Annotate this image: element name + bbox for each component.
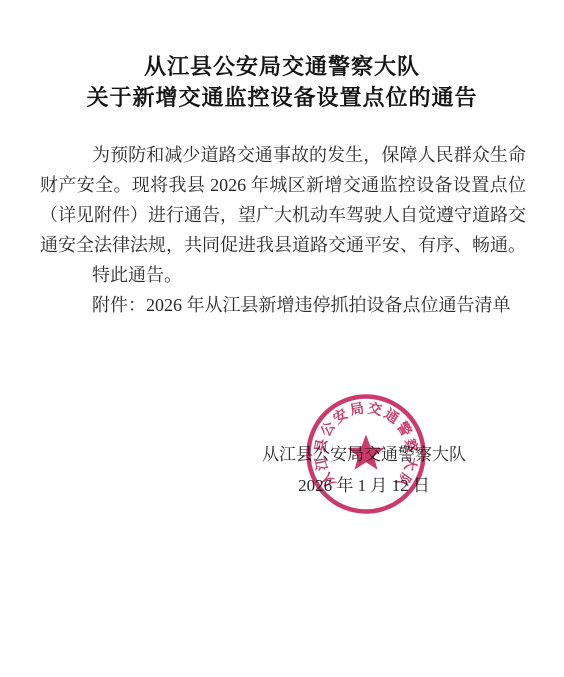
attachment-line: 附件：2026 年从江县新增违停抓拍设备点位通告清单 <box>40 290 526 320</box>
signature-org: 从江县公安局交通警察大队 <box>262 439 466 470</box>
signature-block: 从江县公安局交通警察大队 2026 年 1 月 12 日 <box>262 439 466 501</box>
document-body: 为预防和减少道路交通事故的发生，保障人民群众生命财产安全。现将我县 2026 年… <box>40 140 526 320</box>
svg-text:警: 警 <box>393 419 415 440</box>
body-paragraph: 为预防和减少道路交通事故的发生，保障人民群众生命财产安全。现将我县 2026 年… <box>40 140 526 260</box>
svg-text:安: 安 <box>330 405 351 427</box>
svg-text:通: 通 <box>381 405 402 427</box>
document-title: 从江县公安局交通警察大队 关于新增交通监控设备设置点位的通告 <box>0 0 564 113</box>
svg-text:局: 局 <box>349 401 366 419</box>
title-line-2: 关于新增交通监控设备设置点位的通告 <box>0 82 564 113</box>
closing-line: 特此通告。 <box>40 260 526 290</box>
title-line-1: 从江县公安局交通警察大队 <box>0 51 564 82</box>
svg-text:公: 公 <box>318 418 340 439</box>
svg-text:交: 交 <box>366 400 383 419</box>
document-page: 从江县公安局交通警察大队 关于新增交通监控设备设置点位的通告 为预防和减少道路交… <box>0 0 564 677</box>
signature-date: 2026 年 1 月 12 日 <box>262 470 466 501</box>
